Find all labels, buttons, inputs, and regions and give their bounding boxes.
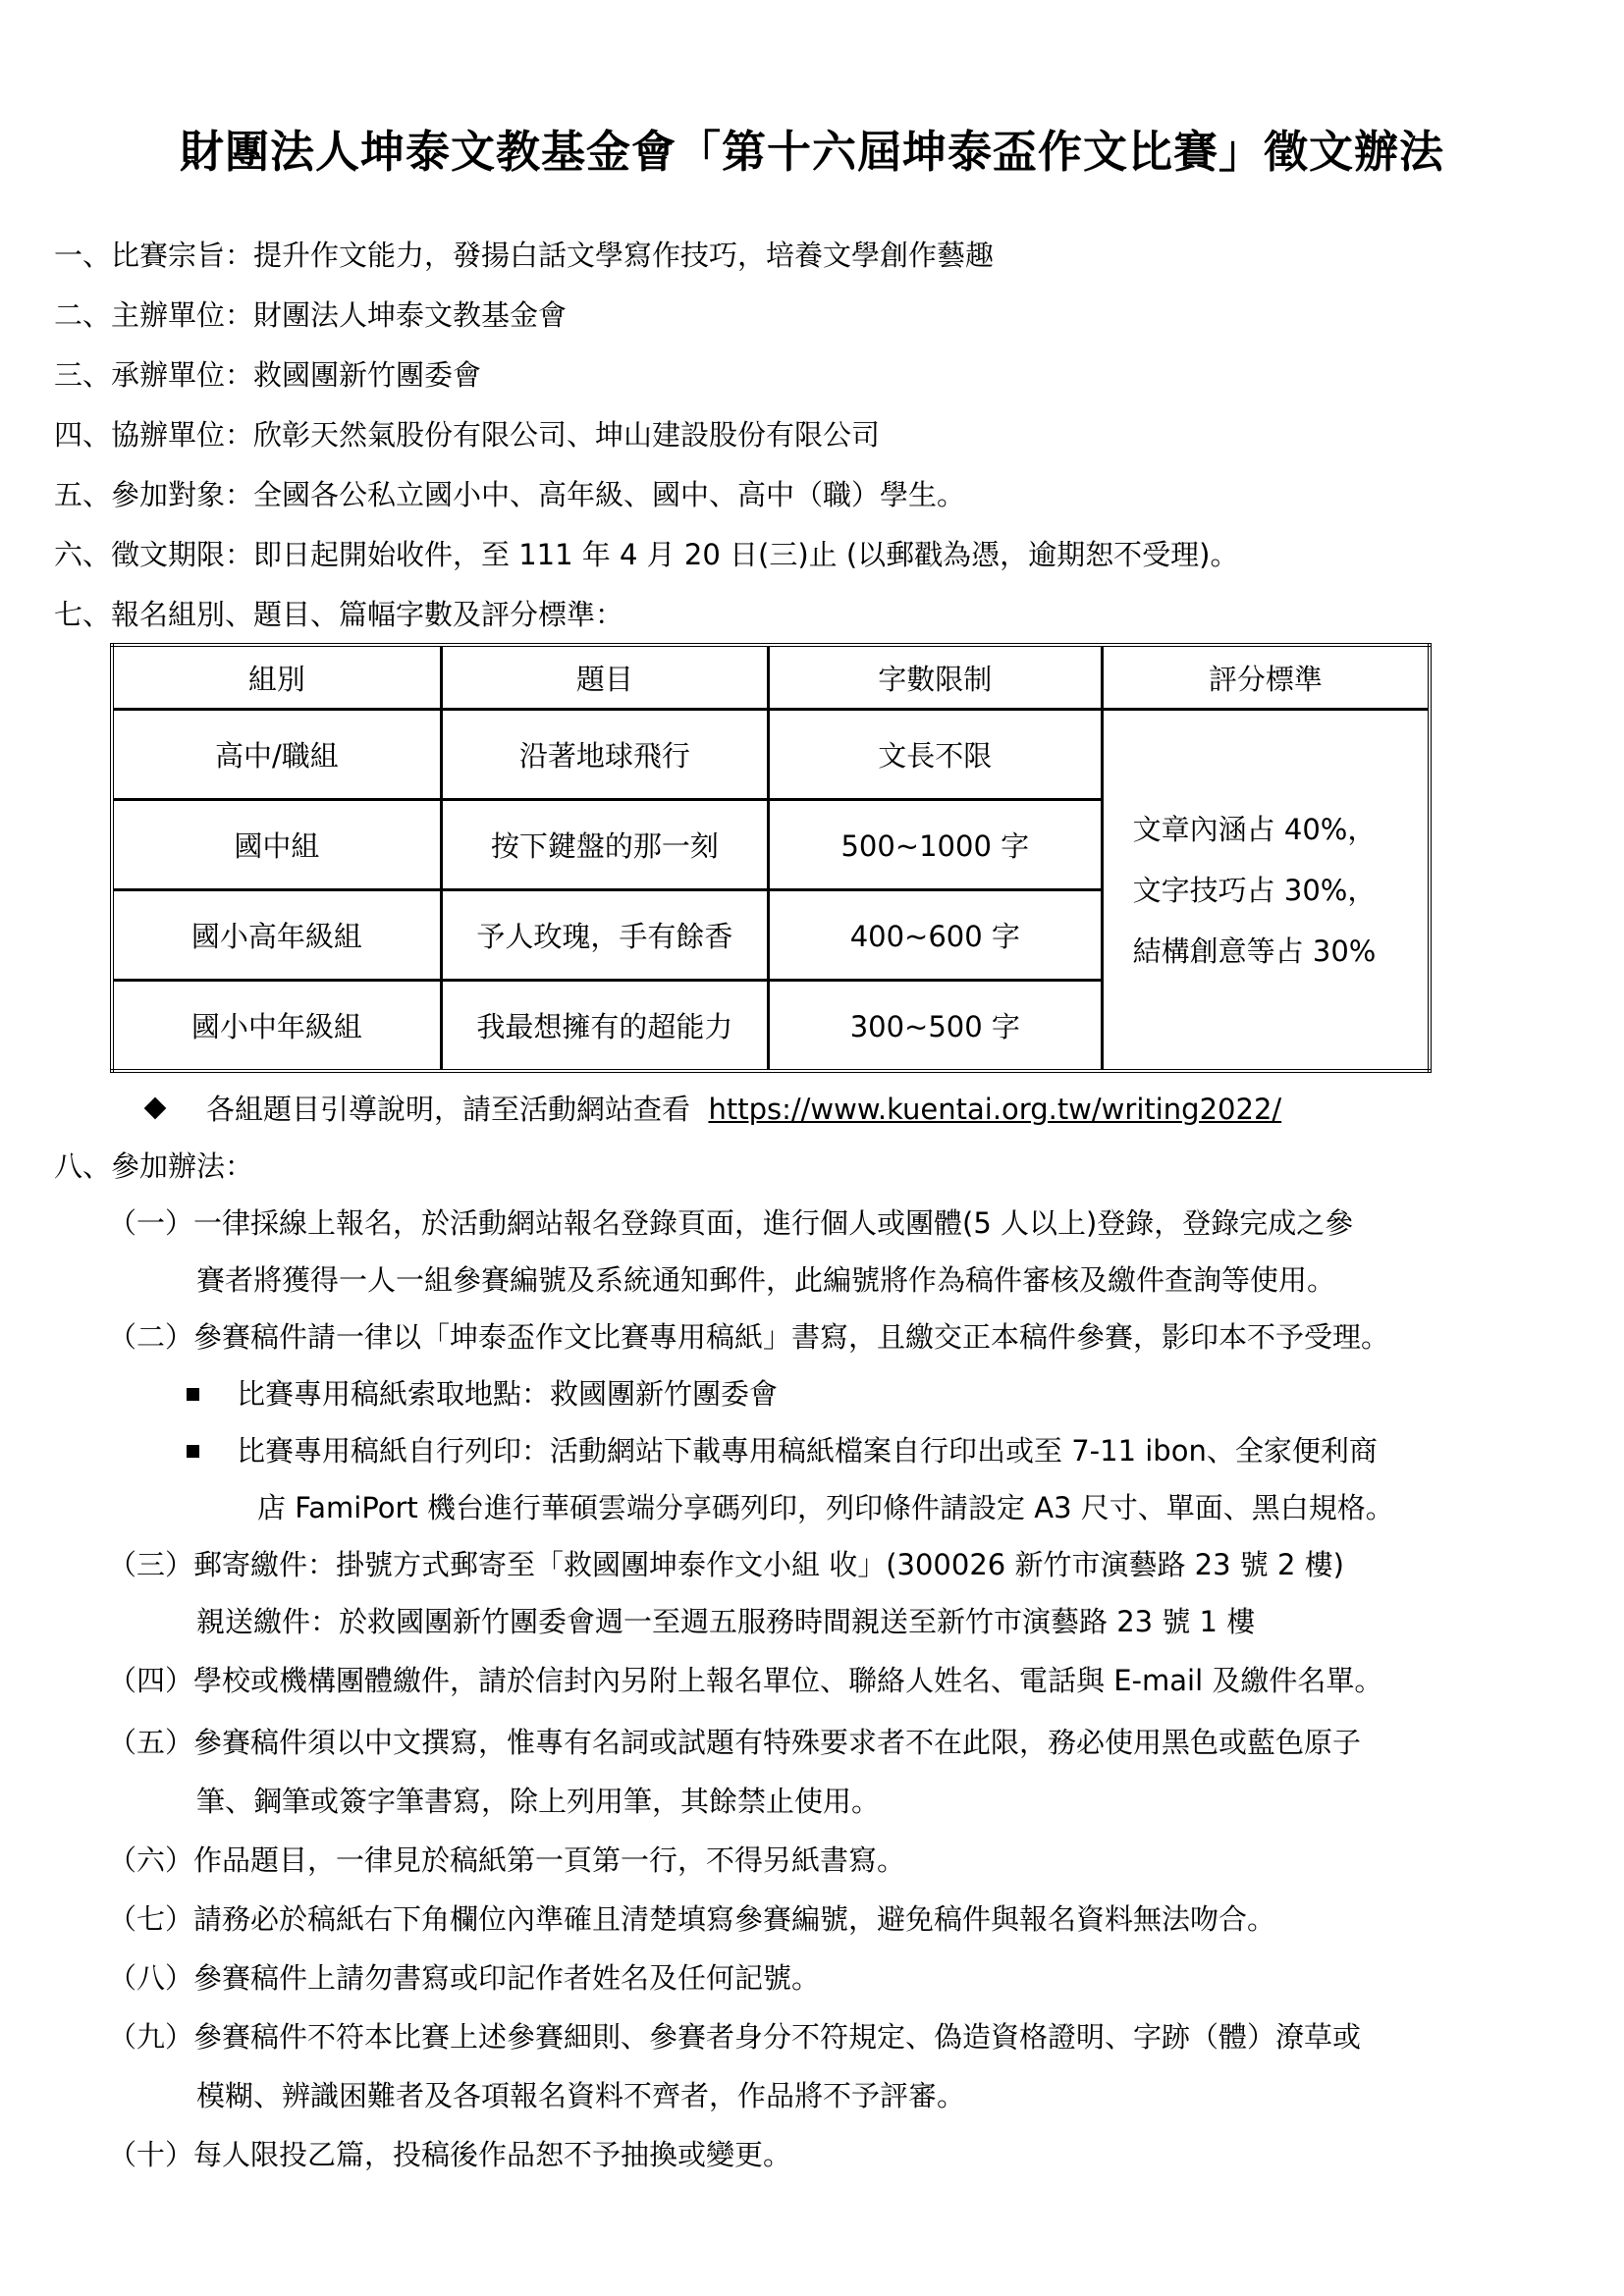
rule-9-line-1: （九）參賽稿件不符本比賽上述參賽細則、參賽者身分不符規定、偽造資格證明、字跡（體…: [108, 2017, 1361, 2056]
rule-5-line-2: 筆、鋼筆或簽字筆書寫，除上列用筆，其餘禁止使用。: [196, 1782, 880, 1821]
cell-criteria: 文章內涵占 40%， 文字技巧占 30%， 結構創意等占 30%: [1102, 710, 1430, 1072]
square-bullet-icon: [187, 1445, 199, 1458]
section-participation-heading: 八、參加辦法：: [54, 1147, 253, 1186]
section-executor: 三、承辦單位：救國團新竹團委會: [54, 355, 481, 395]
rule-9-line-2: 模糊、辨識困難者及各項報名資料不齊者，作品將不予評審。: [196, 2076, 965, 2115]
header-criteria: 評分標準: [1102, 645, 1430, 710]
rule-2-bullet-2-cont: 店 FamiPort 機台進行華碩雲端分享碼列印，列印條件請設定 A3 尺寸、單…: [257, 1488, 1394, 1527]
categories-table: 組別 題目 字數限制 評分標準 高中/職組 沿著地球飛行 文長不限 文章內涵占 …: [110, 643, 1432, 1073]
rule-2: （二）參賽稿件請一律以「坤泰盃作文比賽專用稿紙」書寫，且繳交正本稿件參賽，影印本…: [108, 1317, 1389, 1357]
cell-group: 國小高年級組: [112, 890, 441, 981]
rule-6: （六）作品題目，一律見於稿紙第一頁第一行，不得另紙書寫。: [108, 1841, 905, 1880]
header-limit: 字數限制: [768, 645, 1102, 710]
rule-4: （四）學校或機構團體繳件，請於信封內另附上報名單位、聯絡人姓名、電話與 E-ma…: [108, 1661, 1382, 1700]
cell-group: 國中組: [112, 800, 441, 890]
bullet-text: 比賽專用稿紙自行列印：活動網站下載專用稿紙檔案自行印出或至 7-11 ibon、…: [237, 1434, 1378, 1468]
cell-group: 高中/職組: [112, 710, 441, 800]
cell-limit: 500~1000 字: [768, 800, 1102, 890]
square-bullet-icon: [187, 1388, 199, 1401]
event-website-link[interactable]: https://www.kuentai.org.tw/writing2022/: [708, 1093, 1281, 1126]
note-text: 各組題目引導說明，請至活動網站查看: [206, 1093, 690, 1126]
diamond-bullet-icon: [144, 1097, 167, 1120]
criteria-skill: 文字技巧占 30%，: [1133, 860, 1428, 921]
cell-limit: 文長不限: [768, 710, 1102, 800]
section-eligibility: 五、參加對象：全國各公私立國小中、高年級、國中、高中（職）學生。: [54, 475, 965, 514]
section-purpose: 一、比賽宗旨：提升作文能力，發揚白話文學寫作技巧，培養文學創作藝趣: [54, 236, 994, 275]
cell-limit: 400~600 字: [768, 890, 1102, 981]
cell-topic: 按下鍵盤的那一刻: [441, 800, 768, 890]
rule-5-line-1: （五）參賽稿件須以中文撰寫，惟專有名詞或試題有特殊要求者不在此限，務必使用黑色或…: [108, 1723, 1361, 1762]
section-organizer: 二、主辦單位：財團法人坤泰文教基金會: [54, 295, 567, 335]
cell-topic: 予人玫瑰，手有餘香: [441, 890, 768, 981]
bullet-text: 比賽專用稿紙索取地點：救國團新竹團委會: [237, 1377, 778, 1411]
section-co-organizer: 四、協辦單位：欣彰天然氣股份有限公司、坤山建設股份有限公司: [54, 415, 880, 454]
document-title: 財團法人坤泰文教基金會「第十六屆坤泰盃作文比賽」徵文辦法: [0, 116, 1624, 180]
header-group: 組別: [112, 645, 441, 710]
rule-7: （七）請務必於稿紙右下角欄位內準確且清楚填寫參賽編號，避免稿件與報名資料無法吻合…: [108, 1899, 1275, 1939]
table-header-row: 組別 題目 字數限制 評分標準: [112, 645, 1430, 710]
rule-3-mail: （三）郵寄繳件：掛號方式郵寄至「救國團坤泰作文小組 收」(300026 新竹市演…: [108, 1545, 1344, 1584]
cell-limit: 300~500 字: [768, 981, 1102, 1072]
criteria-content: 文章內涵占 40%，: [1133, 799, 1428, 860]
table-row: 高中/職組 沿著地球飛行 文長不限 文章內涵占 40%， 文字技巧占 30%， …: [112, 710, 1430, 800]
rule-2-bullet-2: 比賽專用稿紙自行列印：活動網站下載專用稿紙檔案自行印出或至 7-11 ibon、…: [187, 1431, 1378, 1470]
rule-10: （十）每人限投乙篇，投稿後作品恕不予抽換或變更。: [108, 2135, 791, 2174]
criteria-structure: 結構創意等占 30%: [1133, 921, 1428, 982]
rule-8: （八）參賽稿件上請勿書寫或印記作者姓名及任何記號。: [108, 1958, 820, 1998]
rule-1-line-2: 賽者將獲得一人一組參賽編號及系統通知郵件，此編號將作為稿件審核及繳件查詢等使用。: [196, 1260, 1335, 1300]
header-topic: 題目: [441, 645, 768, 710]
section-deadline: 六、徵文期限：即日起開始收件，至 111 年 4 月 20 日(三)止 (以郵戳…: [54, 535, 1239, 574]
rule-3-hand-delivery: 親送繳件：於救國團新竹團委會週一至週五服務時間親送至新竹市演藝路 23 號 1 …: [196, 1602, 1255, 1641]
rule-2-bullet-1: 比賽專用稿紙索取地點：救國團新竹團委會: [187, 1374, 778, 1414]
section-categories-heading: 七、報名組別、題目、篇幅字數及評分標準：: [54, 595, 623, 634]
rule-1-line-1: （一）一律採線上報名，於活動網站報名登錄頁面，進行個人或團體(5 人以上)登錄，…: [108, 1203, 1353, 1243]
cell-topic: 沿著地球飛行: [441, 710, 768, 800]
cell-topic: 我最想擁有的超能力: [441, 981, 768, 1072]
topic-guide-note: 各組題目引導說明，請至活動網站查看 https://www.kuentai.or…: [137, 1090, 1281, 1129]
cell-group: 國小中年級組: [112, 981, 441, 1072]
